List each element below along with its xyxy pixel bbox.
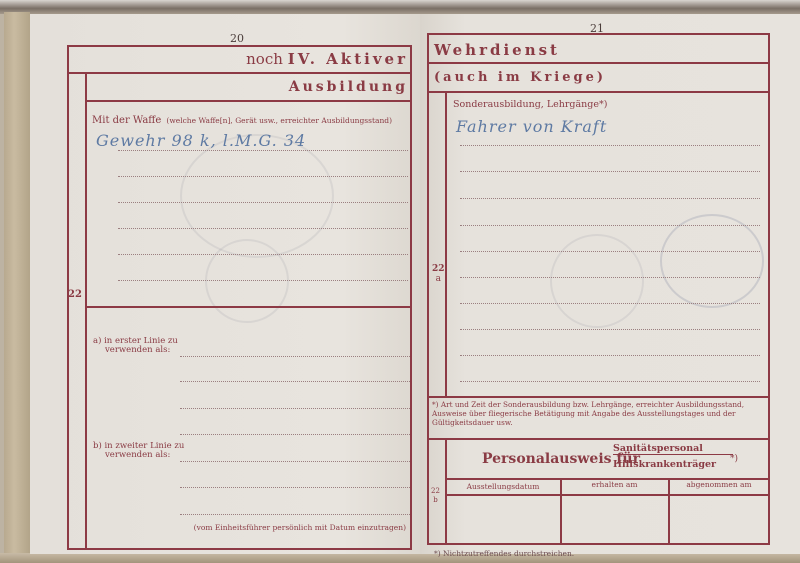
entry-line[interactable] bbox=[118, 254, 408, 255]
weapon-field-label: Mit der Waffe (welche Waffe[n], Gerät us… bbox=[92, 108, 392, 127]
weapon-hint: (welche Waffe[n], Gerät usw., erreichter… bbox=[166, 116, 392, 125]
header-title: IV. Aktiver bbox=[288, 50, 408, 68]
use-b-label-line2: verwenden als: bbox=[105, 450, 170, 460]
divider bbox=[85, 306, 412, 308]
entry-line[interactable] bbox=[118, 202, 408, 203]
divider bbox=[427, 91, 770, 93]
divider bbox=[85, 100, 412, 102]
open-booklet: 20 noch IV. Aktiver Ausbildung Mit der W… bbox=[0, 0, 800, 563]
use-a-line[interactable] bbox=[180, 356, 410, 357]
entry-line[interactable] bbox=[460, 145, 760, 146]
entry-line[interactable] bbox=[118, 176, 408, 177]
header: noch IV. Aktiver bbox=[246, 50, 408, 68]
entry-line[interactable] bbox=[460, 251, 760, 252]
entry-line[interactable] bbox=[118, 280, 408, 281]
table-header-ausstellungsdatum: Ausstellungsdatum bbox=[446, 482, 560, 491]
entry-line[interactable] bbox=[460, 198, 760, 199]
header-title: Wehrdienst bbox=[434, 41, 560, 59]
special-training-label: Sonderausbildung, Lehrgänge*) bbox=[453, 99, 607, 110]
use-a-line[interactable] bbox=[180, 434, 410, 435]
weapon-label: Mit der Waffe bbox=[92, 115, 161, 126]
booklet-page-edges bbox=[4, 12, 30, 563]
row-number-column bbox=[85, 72, 87, 550]
table-header-erhalten-am: erhalten am bbox=[561, 480, 668, 489]
row-number-column bbox=[445, 91, 447, 396]
use-b-line[interactable] bbox=[180, 514, 410, 515]
use-a-label-line2: verwenden als: bbox=[105, 345, 170, 355]
table-cell-ausstellungsdatum[interactable] bbox=[447, 496, 559, 543]
divider bbox=[427, 438, 770, 440]
id-row-number-suffix: b bbox=[431, 496, 440, 505]
special-training-handwriting[interactable]: Fahrer von Kraft bbox=[456, 117, 607, 136]
bottom-note: *) Nichtzutreffendes durchstreichen. bbox=[434, 549, 574, 558]
id-row-number-value: 22 bbox=[431, 487, 440, 496]
section-title: (auch im Kriege) bbox=[434, 70, 606, 85]
row-number-suffix: a bbox=[432, 274, 445, 284]
header-prefix: noch bbox=[246, 50, 283, 68]
id-row-number: 22 b bbox=[431, 487, 440, 505]
use-a-line[interactable] bbox=[180, 381, 410, 382]
entry-line[interactable] bbox=[118, 228, 408, 229]
use-a-line[interactable] bbox=[180, 408, 410, 409]
id-option-sanitaetspersonal: Sanitätspersonal bbox=[613, 443, 733, 455]
section-title: Ausbildung bbox=[289, 79, 408, 95]
row-number-value: 22 bbox=[432, 264, 445, 274]
footnote: *) Art und Zeit der Sonderausbildung bzw… bbox=[432, 400, 767, 427]
row-number: 22 bbox=[68, 289, 82, 300]
entry-line[interactable] bbox=[460, 329, 760, 330]
table-header-abgenommen-am: abgenommen am bbox=[669, 480, 769, 489]
id-option-hilfskrankentraeger: Hilfskrankenträger bbox=[613, 459, 716, 470]
use-b-line[interactable] bbox=[180, 487, 410, 488]
entry-line[interactable] bbox=[118, 150, 408, 151]
row-number: 22 a bbox=[432, 264, 445, 284]
divider bbox=[427, 396, 770, 398]
entry-line[interactable] bbox=[460, 277, 760, 278]
entry-line[interactable] bbox=[460, 355, 760, 356]
divider bbox=[427, 62, 770, 64]
right-page: 21 Wehrdienst (auch im Kriege) Sonderaus… bbox=[420, 14, 800, 554]
weapon-entry-handwriting[interactable]: Gewehr 98 k, l.M.G. 34 bbox=[96, 131, 306, 150]
page-number: 20 bbox=[230, 32, 244, 45]
table-cell-abgenommen-am[interactable] bbox=[671, 496, 768, 543]
id-asterisk: *) bbox=[730, 454, 738, 464]
entry-line[interactable] bbox=[460, 225, 760, 226]
entry-line[interactable] bbox=[460, 381, 760, 382]
divider bbox=[67, 72, 412, 74]
entry-line[interactable] bbox=[460, 303, 760, 304]
booklet-top-edge bbox=[0, 0, 800, 14]
left-page: 20 noch IV. Aktiver Ausbildung Mit der W… bbox=[30, 14, 420, 554]
entry-line[interactable] bbox=[460, 171, 760, 172]
booklet-bottom-edge bbox=[0, 553, 800, 563]
use-b-line[interactable] bbox=[180, 461, 410, 462]
footer-note: (vom Einheitsführer persönlich mit Datum… bbox=[194, 523, 406, 532]
table-cell-erhalten-am[interactable] bbox=[563, 496, 667, 543]
